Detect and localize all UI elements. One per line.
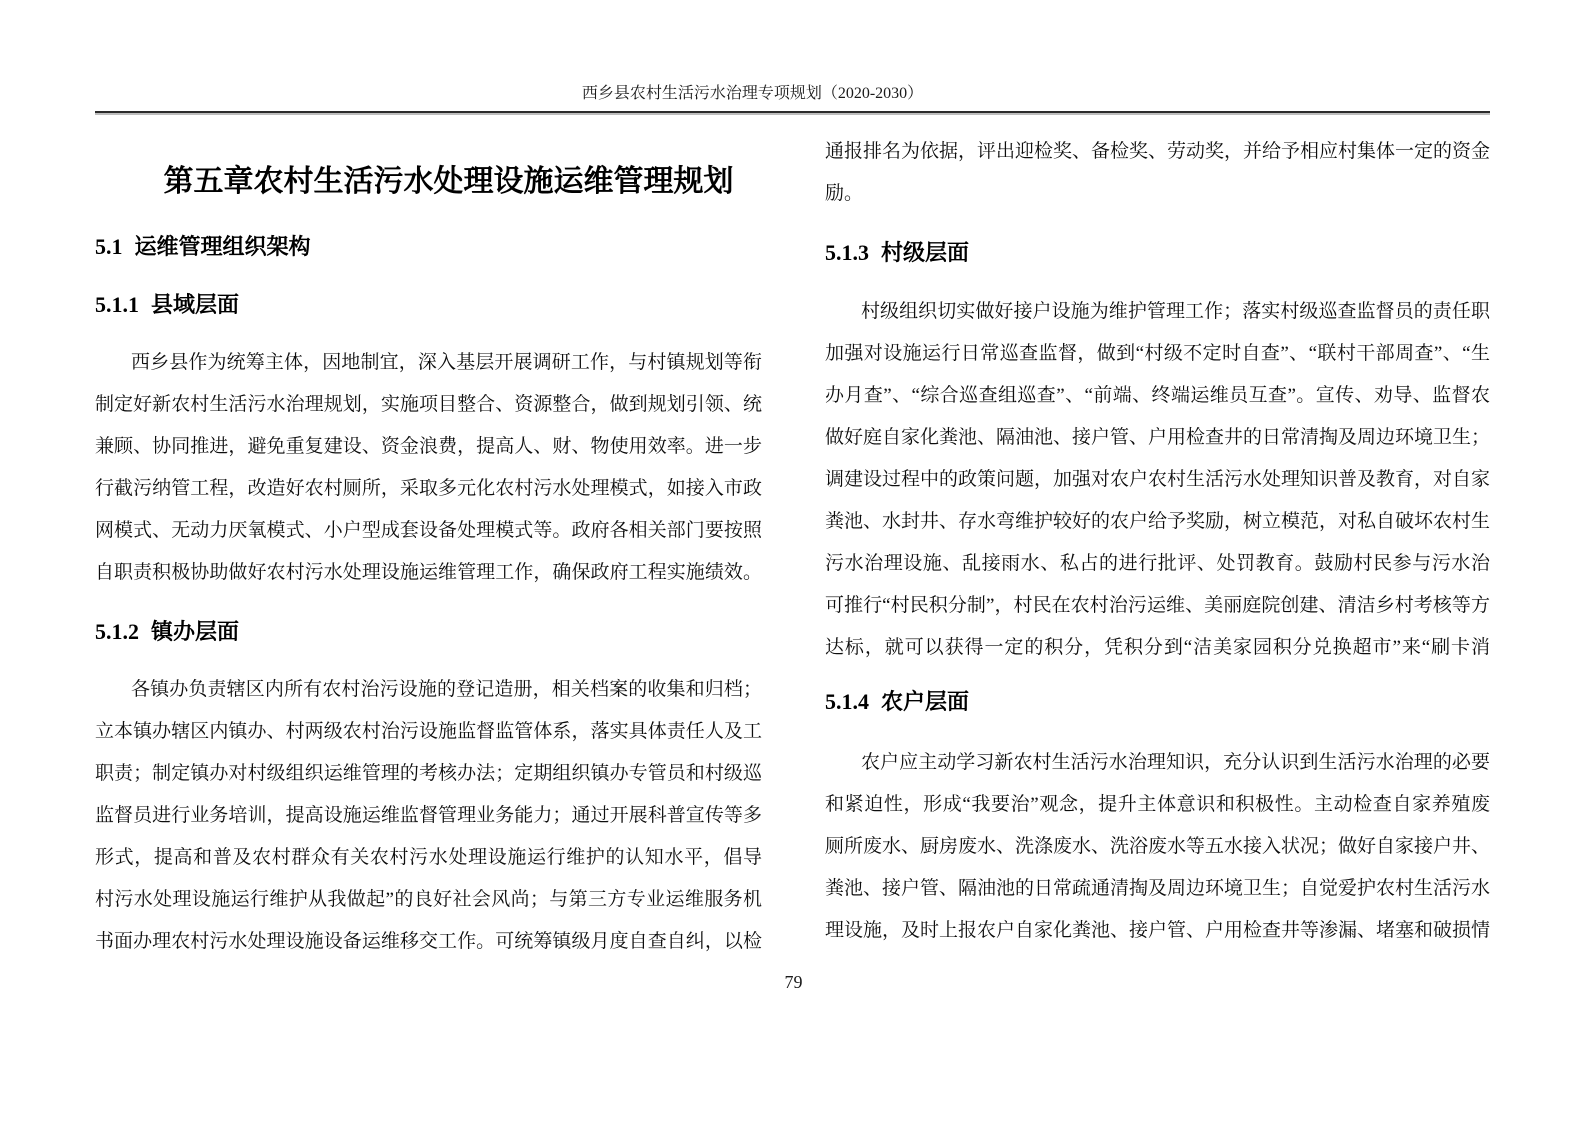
paragraph-5-1-2: 各镇办负责辖区内所有农村治污设施的登记造册，相关档案的收集和归档；建 立本镇办辖… — [95, 669, 762, 963]
chapter-title: 第五章农村生活污水处理设施运维管理规划 — [95, 160, 762, 204]
heading-number: 5.1.1 — [95, 292, 139, 317]
text-line: 农户应主动学习新农村生活污水治理知识，充分认识到生活污水治理的必要性 — [825, 742, 1490, 784]
heading-5-1-2: 5.1.2镇办层面 — [95, 617, 239, 647]
heading-label: 运维管理组织架构 — [135, 234, 311, 259]
heading-label: 镇办层面 — [151, 619, 239, 644]
text-line: 做好庭自家化粪池、隔油池、接户管、户用检查井的日常清掏及周边环境卫生；协 — [825, 417, 1490, 459]
heading-label: 村级层面 — [881, 240, 969, 265]
text-line: 制定好新农村生活污水治理规划，实施项目整合、资源整合，做到规划引领、统筹 — [95, 384, 762, 426]
text-line: 达标，就可以获得一定的积分，凭积分到“洁美家园积分兑换超市”来“刷卡消费”。 — [825, 627, 1490, 669]
header-rule — [95, 111, 1490, 115]
text-line: 村级组织切实做好接户设施为维护管理工作；落实村级巡查监督员的责任职责； — [825, 291, 1490, 333]
text-line: 粪池、接户管、隔油池的日常疏通清掏及周边环境卫生；自觉爱护农村生活污水治 — [825, 868, 1490, 910]
text-line: 通报排名为依据，评出迎检奖、备检奖、劳动奖，并给予相应村集体一定的资金奖 — [825, 131, 1490, 173]
paragraph-5-1-1: 西乡县作为统筹主体，因地制宜，深入基层开展调研工作，与村镇规划等衔接， 制定好新… — [95, 342, 762, 594]
text-line: 励。 — [825, 173, 1490, 215]
text-line: 可推行“村民积分制”，村民在农村治污运维、美丽庭院创建、清洁乡村考核等方面 — [825, 585, 1490, 627]
heading-5-1-3: 5.1.3村级层面 — [825, 238, 969, 268]
heading-number: 5.1.3 — [825, 240, 869, 265]
text-line: 立本镇办辖区内镇办、村两级农村治污设施监督监管体系，落实具体责任人及工作 — [95, 711, 762, 753]
paragraph-5-1-4: 农户应主动学习新农村生活污水治理知识，充分认识到生活污水治理的必要性 和紧迫性，… — [825, 742, 1490, 952]
text-line: 和紧迫性，形成“我要治”观念，提升主体意识和积极性。主动检查自家养殖废水、 — [825, 784, 1490, 826]
text-line: 自职责积极协助做好农村污水处理设施运维管理工作，确保政府工程实施绩效。 — [95, 552, 762, 594]
text-line: 粪池、水封井、存水弯维护较好的农户给予奖励，树立模范，对私自破坏农村生活 — [825, 501, 1490, 543]
text-line: 厕所废水、厨房废水、洗涤废水、洗浴废水等五水接入状况；做好自家接户井、化 — [825, 826, 1490, 868]
text-line: 网模式、无动力厌氧模式、小户型成套设备处理模式等。政府各相关部门要按照各 — [95, 510, 762, 552]
text-line: 各镇办负责辖区内所有农村治污设施的登记造册，相关档案的收集和归档；建 — [95, 669, 762, 711]
heading-number: 5.1.4 — [825, 689, 869, 714]
text-line: 书面办理农村污水处理设施设备运维移交工作。可统筹镇级月度自查自纠，以检查 — [95, 921, 762, 963]
text-line: 村污水处理设施运行维护从我做起”的良好社会风尚；与第三方专业运维服务机构 — [95, 879, 762, 921]
text-line: 监督员进行业务培训，提高设施运维监督管理业务能力；通过开展科普宣传等多种 — [95, 795, 762, 837]
page-number: 79 — [0, 972, 1587, 993]
heading-5-1-4: 5.1.4农户层面 — [825, 687, 969, 717]
text-line: 污水治理设施、乱接雨水、私占的进行批评、处罚教育。鼓励村民参与污水治理， — [825, 543, 1490, 585]
text-line: 理设施，及时上报农户自家化粪池、接户管、户用检查井等渗漏、堵塞和破损情况。 — [825, 910, 1490, 952]
text-line: 兼顾、协同推进，避免重复建设、资金浪费，提高人、财、物使用效率。进一步推 — [95, 426, 762, 468]
text-line: 办月查”、“综合巡查组巡查”、“前端、终端运维员互查”。宣传、劝导、监督农户 — [825, 375, 1490, 417]
heading-5-1: 5.1运维管理组织架构 — [95, 232, 311, 262]
heading-number: 5.1.2 — [95, 619, 139, 644]
heading-label: 县域层面 — [151, 292, 239, 317]
heading-label: 农户层面 — [881, 689, 969, 714]
text-line: 西乡县作为统筹主体，因地制宜，深入基层开展调研工作，与村镇规划等衔接， — [95, 342, 762, 384]
text-line: 加强对设施运行日常巡查监督，做到“村级不定时自查”、“联村干部周查”、“生态 — [825, 333, 1490, 375]
text-line: 职责；制定镇办对村级组织运维管理的考核办法；定期组织镇办专管员和村级巡查 — [95, 753, 762, 795]
text-line: 行截污纳管工程，改造好农村厕所，采取多元化农村污水处理模式，如接入市政管 — [95, 468, 762, 510]
text-line: 形式，提高和普及农村群众有关农村污水处理设施运行维护的认知水平，倡导“农 — [95, 837, 762, 879]
text-line: 调建设过程中的政策问题，加强对农户农村生活污水处理知识普及教育，对自家化 — [825, 459, 1490, 501]
paragraph-5-1-3: 村级组织切实做好接户设施为维护管理工作；落实村级巡查监督员的责任职责； 加强对设… — [825, 291, 1490, 669]
heading-number: 5.1 — [95, 234, 123, 259]
paragraph-carryover: 通报排名为依据，评出迎检奖、备检奖、劳动奖，并给予相应村集体一定的资金奖 励。 — [825, 131, 1490, 215]
document-page: 西乡县农村生活污水治理专项规划（2020-2030） 第五章农村生活污水处理设施… — [0, 0, 1587, 1122]
running-header: 西乡县农村生活污水治理专项规划（2020-2030） — [95, 80, 1490, 103]
heading-5-1-1: 5.1.1县域层面 — [95, 290, 239, 320]
